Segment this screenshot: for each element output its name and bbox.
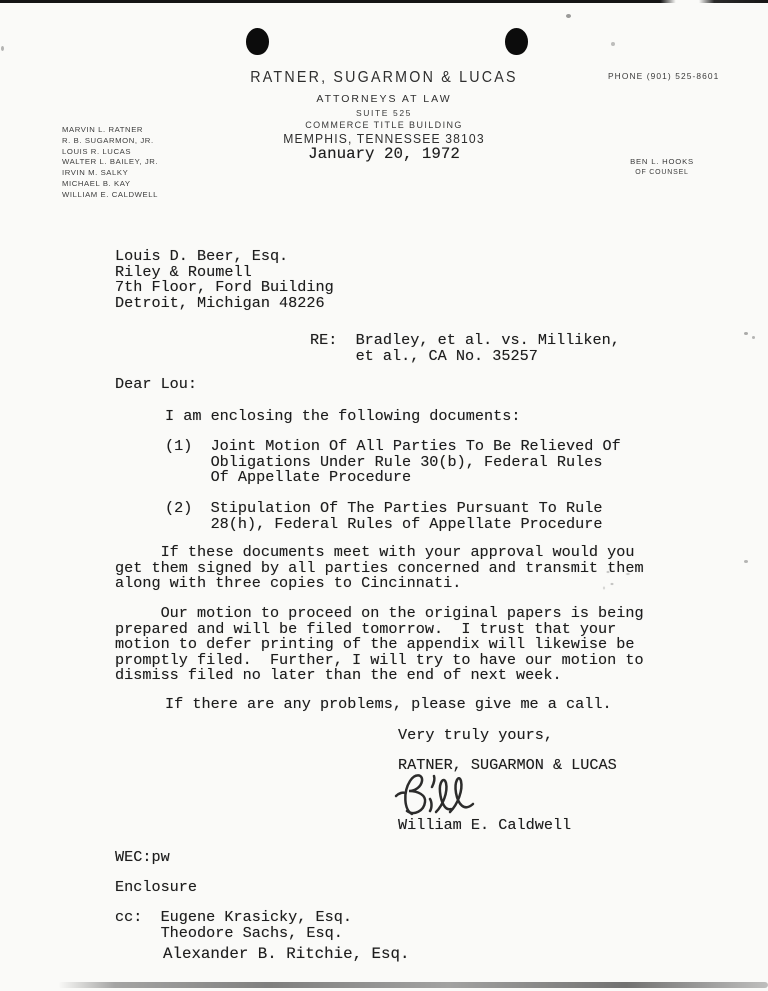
valediction: Very truly yours,: [398, 728, 553, 744]
salutation: Dear Lou:: [115, 377, 197, 393]
body-intro: I am enclosing the following documents:: [165, 409, 520, 425]
attorney-name-list: MARVIN L. RATNER R. B. SUGARMON, JR. LOU…: [62, 125, 158, 201]
scan-speck: [744, 560, 748, 563]
recipient-address: Louis D. Beer, Esq. Riley & Roumell 7th …: [115, 249, 334, 311]
handwritten-signature-bill: [390, 768, 490, 820]
scanned-letter-page: RATNER, SUGARMON & LUCAS ATTORNEYS AT LA…: [0, 0, 768, 991]
scan-speck: [1, 46, 4, 51]
enclosure-note: Enclosure: [115, 880, 197, 896]
signer-name: William E. Caldwell: [398, 818, 571, 834]
enclosure-item-1: (1) Joint Motion Of All Parties To Be Re…: [165, 439, 621, 486]
paragraph-approval: If these documents meet with your approv…: [115, 545, 644, 592]
scan-speck: [566, 14, 571, 18]
letterhead-suite: SUITE 525: [0, 108, 768, 118]
punch-hole-left: [246, 28, 269, 55]
scan-speck: [752, 336, 755, 339]
cc-list-item-3: Alexander B. Ritchie, Esq.: [163, 947, 409, 963]
scan-speck: [744, 332, 748, 335]
scan-speck: [611, 42, 615, 46]
punch-hole-right: [505, 28, 528, 55]
letter-date: January 20, 1972: [0, 147, 768, 163]
typist-initials: WEC:pw: [115, 850, 170, 866]
letterhead-phone: PHONE (901) 525-8601: [608, 71, 719, 81]
of-counsel-title: OF COUNSEL: [622, 168, 702, 179]
scan-edge-line: [0, 0, 768, 3]
re-line: RE: Bradley, et al. vs. Milliken, et al.…: [310, 333, 620, 364]
paragraph-motion: Our motion to proceed on the original pa…: [115, 606, 644, 684]
enclosure-item-2: (2) Stipulation Of The Parties Pursuant …: [165, 501, 602, 532]
letterhead-tagline: ATTORNEYS AT LAW: [0, 93, 768, 105]
paragraph-problems: If there are any problems, please give m…: [165, 697, 612, 713]
cc-list: cc: Eugene Krasicky, Esq. Theodore Sachs…: [115, 910, 352, 941]
scan-shadow-strip: [58, 982, 768, 988]
